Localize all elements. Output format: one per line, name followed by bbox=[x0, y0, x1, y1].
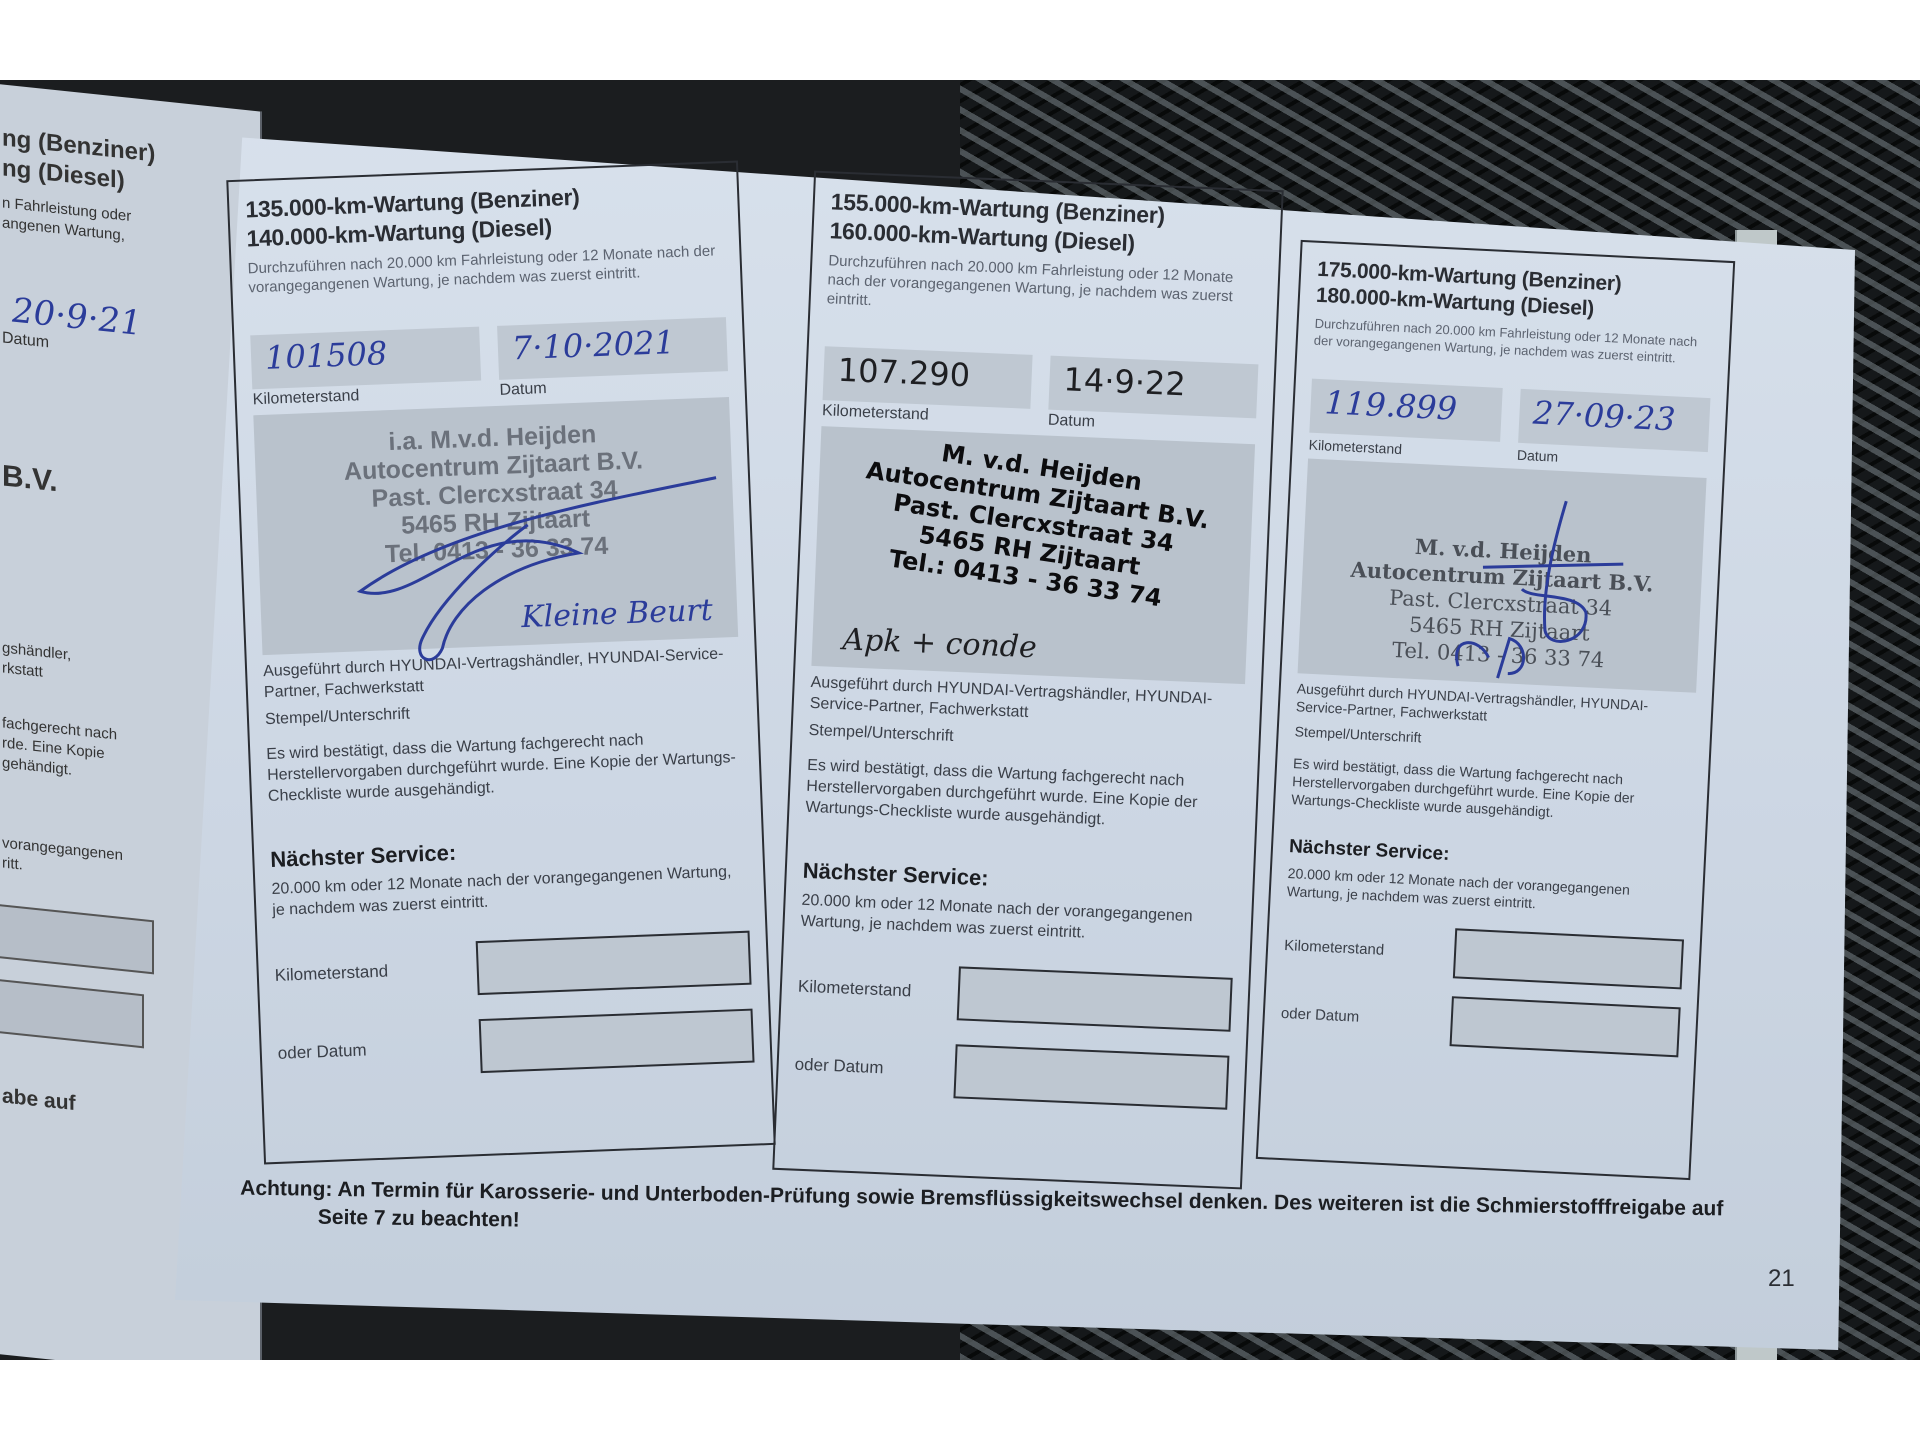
card-description: Durchzuführen nach 20.000 km Fahrleistun… bbox=[826, 251, 1262, 326]
stamp-area: M. v.d. Heijden Autocentrum Zijtaart B.V… bbox=[1298, 459, 1707, 693]
date-field[interactable]: 7·10·2021 Datum bbox=[497, 317, 728, 380]
next-date-label: oder Datum bbox=[1281, 1004, 1360, 1025]
service-card-1: 135.000-km-Wartung (Benziner) 140.000-km… bbox=[226, 161, 775, 1165]
km-value: 119.899 bbox=[1324, 383, 1458, 427]
km-value: 101508 bbox=[264, 334, 388, 377]
next-service-section: Nächster Service: 20.000 km oder 12 Mona… bbox=[1280, 836, 1688, 1057]
left-page-next-2: ritt. bbox=[2, 854, 23, 873]
dealer-stamp: M. v.d. Heijden Autocentrum Zijtaart B.V… bbox=[1298, 459, 1706, 678]
date-label: Datum bbox=[499, 380, 547, 400]
service-card-2: 155.000-km-Wartung (Benziner) 160.000-km… bbox=[772, 171, 1283, 1190]
confirmation-text: Es wird bestätigt, dass die Wartung fach… bbox=[1291, 754, 1692, 827]
left-page-footer-fragment: abe auf bbox=[2, 1084, 76, 1116]
stamp-area: i.a. M.v.d. Heijden Autocentrum Zijtaart… bbox=[253, 397, 738, 655]
date-label: Datum bbox=[1048, 412, 1096, 432]
km-label: Kilometerstand bbox=[1308, 437, 1402, 458]
date-field[interactable]: 27·09·23 Datum bbox=[1518, 389, 1711, 452]
date-field[interactable]: 14·9·22 Datum bbox=[1048, 356, 1258, 419]
next-service-section: Nächster Service: 20.000 km oder 12 Mona… bbox=[794, 858, 1237, 1110]
km-field[interactable]: 119.899 Kilometerstand bbox=[1309, 379, 1502, 442]
next-km-field[interactable] bbox=[957, 966, 1233, 1031]
next-date-field[interactable] bbox=[1450, 996, 1681, 1057]
km-label: Kilometerstand bbox=[252, 387, 359, 409]
km-value: 107.290 bbox=[837, 351, 971, 395]
next-km-field[interactable] bbox=[476, 931, 752, 995]
date-value: 7·10·2021 bbox=[511, 323, 675, 367]
next-date-label: oder Datum bbox=[277, 1040, 367, 1063]
next-date-field[interactable] bbox=[479, 1009, 755, 1073]
next-date-label: oder Datum bbox=[794, 1055, 884, 1079]
next-km-label: Kilometerstand bbox=[274, 962, 388, 986]
handwritten-note: Apk + conde bbox=[842, 622, 1038, 665]
left-page-stamp-fragment: B.V. bbox=[2, 459, 58, 499]
left-page-date-box bbox=[0, 975, 144, 1048]
date-value: 14·9·22 bbox=[1063, 360, 1187, 403]
confirmation-text: Es wird bestätigt, dass die Wartung fach… bbox=[805, 755, 1241, 836]
page-number: 21 bbox=[1768, 1265, 1795, 1293]
service-card-3: 175.000-km-Wartung (Benziner) 180.000-km… bbox=[1256, 240, 1735, 1180]
handwritten-note: Kleine Beurt bbox=[521, 593, 714, 635]
left-page-performed-2: rkstatt bbox=[2, 659, 43, 680]
stamp-area: M. v.d. Heijden Autocentrum Zijtaart B.V… bbox=[811, 426, 1255, 684]
next-km-label: Kilometerstand bbox=[1284, 936, 1385, 958]
left-page-confirm-3: gehändigt. bbox=[2, 754, 72, 778]
left-page-date-label: Datum bbox=[2, 329, 49, 352]
dealer-stamp: M. v.d. Heijden Autocentrum Zijtaart B.V… bbox=[809, 404, 1261, 624]
next-service-section: Nächster Service: 20.000 km oder 12 Mona… bbox=[270, 829, 755, 1081]
date-value: 27·09·23 bbox=[1532, 394, 1676, 439]
next-km-label: Kilometerstand bbox=[798, 977, 912, 1002]
confirmation-text: Es wird bestätigt, dass die Wartung fach… bbox=[266, 726, 744, 807]
date-label: Datum bbox=[1517, 447, 1559, 465]
achtung-label: Achtung: bbox=[240, 1177, 332, 1201]
next-km-field[interactable] bbox=[1453, 928, 1684, 989]
next-date-field[interactable] bbox=[953, 1044, 1229, 1109]
km-field[interactable]: 101508 Kilometerstand bbox=[250, 327, 481, 390]
km-field[interactable]: 107.290 Kilometerstand bbox=[823, 346, 1033, 409]
left-page-km-box bbox=[0, 900, 154, 974]
dealer-stamp: i.a. M.v.d. Heijden Autocentrum Zijtaart… bbox=[253, 397, 735, 573]
